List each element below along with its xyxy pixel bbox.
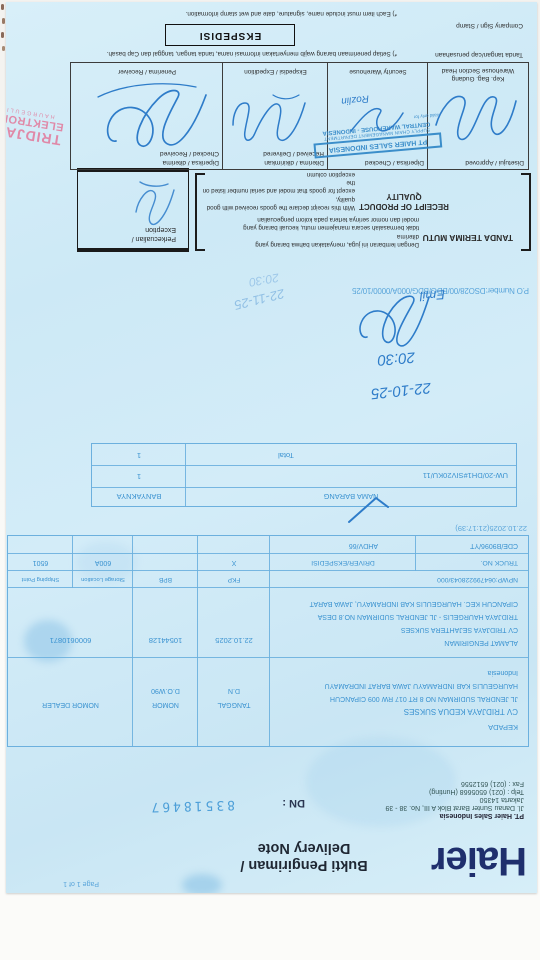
sign-col1-bottom-line2: Warehouse Section Head <box>428 66 528 74</box>
sign-col3-top-line1: Diterima / dikirimkan <box>263 158 324 167</box>
left-bracket <box>521 173 531 251</box>
recipient-name: CV TRIDJAYA KEDUA SUKSES <box>404 707 518 716</box>
exception-box: Perkecualian / Exception <box>77 168 189 252</box>
company-address-line: Telp : (021) 6505668 (Hunting) <box>304 787 524 795</box>
quality-en-title-line1: RECEIPT OF PRODUCT <box>359 201 449 211</box>
sign-col1-bottom-line1: Kep. Bag. Gudang <box>428 74 528 82</box>
nomor-value: 10544128 <box>133 636 198 645</box>
shipping-address-line1: CV TRIDJAYA SEJAHTERA SUKSES <box>401 626 518 633</box>
fkp-value: X <box>198 559 270 566</box>
dn-number-stamp: 83518467 <box>148 797 235 814</box>
shipping-point-value: 6501 <box>8 559 73 566</box>
shipping-address-label: ALAMAT PENGIRIMAN <box>444 639 518 646</box>
sign-col1-bottom-label: Kep. Bag. Gudang Warehouse Section Head <box>428 66 528 82</box>
document-title: Bukti Pengiriman / Delivery Note <box>219 839 389 873</box>
ekspedisi-box: EKSPEDISI <box>165 24 295 46</box>
handwritten-name: Emil <box>419 287 445 304</box>
goods-total-qty: 1 <box>92 451 186 460</box>
footer-sign-label-id: Tanda tangan/cap perusahaan <box>435 51 523 58</box>
delivery-note-document: Haier Page 1 of 1 PT. Haier Sales Indone… <box>6 2 537 893</box>
signature-approved <box>430 83 522 151</box>
tanggal-subheader: D.N <box>198 687 270 694</box>
ghost-handwritten-date: 22-11-25 <box>233 286 286 313</box>
driver-header: DRIVER/EKSPEDISI <box>270 559 416 566</box>
sign-col4-bottom-label: Penerima / Receiver <box>71 68 223 75</box>
kepada-label: KEPADA <box>488 723 518 732</box>
ekspedisi-box-label: EKSPEDISI <box>199 30 261 41</box>
quality-id-line: tidak bermasalah secara manajemen mutu, … <box>241 223 419 231</box>
tanggal-header: TANGGAL <box>198 701 270 708</box>
footer-note-id: *) Setiap penerimaan barang wajib menyer… <box>7 50 397 57</box>
page-indicator: Page 1 of 1 <box>63 880 99 887</box>
recipient-address1: JL JENDRAL SUDIRMAN NO 8 RT 017 RW 009 C… <box>330 695 518 702</box>
company-address-line: Jl. Danau Sunter Barat Blok A III, No. 3… <box>304 803 524 811</box>
quality-en-text: With this receipt declare the goods rece… <box>193 170 355 211</box>
shipping-address-line3: CIPANCUH KEC. HAURGEULIS KAB INDRAMAYU, … <box>310 600 518 607</box>
quality-en-line: exception column <box>193 170 355 178</box>
print-timestamp: 22.10.2025(21:17:39) <box>455 524 527 533</box>
company-address-block: PT. Haier Sales Indonesia Jl. Danau Sunt… <box>304 779 524 819</box>
nomor-subheader: D.O.W90 <box>133 687 198 694</box>
quality-id-line: Dengan lembaran ini juga, menyatakan bah… <box>241 231 419 248</box>
company-name: PT. Haier Sales Indonesia <box>304 811 524 819</box>
goods-col-qty-header: BANYAKNYA <box>92 492 186 501</box>
right-bracket <box>195 173 205 251</box>
storage-location-value: 600A <box>73 559 133 566</box>
dealer-value: 6000610871 <box>8 636 133 645</box>
shipping-address-line2: TRIDJAYA HAURGELIS - JL JENDRAL SUDIRMAN… <box>318 613 518 620</box>
sign-col3-bottom-label: Ekspedisi / Expedition <box>223 68 328 75</box>
sign-col2-top-label: Diperiksa / Checked <box>365 159 424 166</box>
quality-id-title: TANDA TERIMA MUTU <box>413 233 513 243</box>
goods-row-qty: 1 <box>92 472 186 481</box>
signature-expedition <box>228 91 313 155</box>
recipient-address2: HAURGEULIS KAB INDRAMAYU JAWA BARAT INDR… <box>325 682 518 689</box>
quality-en-title-line2: QUALITY <box>359 191 449 201</box>
quality-en-line: except for goods that model and serial n… <box>193 178 355 195</box>
fkp-header: FKP <box>198 576 270 583</box>
recipient-shipping-table: KEPADA CV TRIDJAYA KEDUA SUKSES JL JENDR… <box>7 535 529 747</box>
footer-sign-label-en: Company Sign / Stamp <box>456 22 523 29</box>
footer-note-en: *) Each item must include name, signatur… <box>37 10 397 17</box>
npwp-value: NPWP:064799228043/000 <box>437 576 518 583</box>
dn-label: DN : <box>282 797 305 809</box>
signature-receiver <box>86 77 216 161</box>
company-address-line: Jakarta 14350 <box>304 795 524 803</box>
shipping-point-header: Shipping Point <box>8 576 73 582</box>
dealer-header: NOMOR DEALER <box>8 701 133 708</box>
handwritten-checkmark <box>345 495 391 525</box>
perforation-marks <box>1 4 5 64</box>
storage-location-header: Storage Location <box>73 576 133 582</box>
scan-viewport: Haier Page 1 of 1 PT. Haier Sales Indone… <box>0 0 540 960</box>
bpb-header: BPB <box>133 576 198 583</box>
company-address-line: Fax : (021) 6512556 <box>304 779 524 787</box>
goods-total-label: Total <box>226 451 346 460</box>
goods-row-item: UW-20/DH1#SIV20KU/11 <box>423 471 508 480</box>
signature-checked <box>347 105 407 141</box>
sign-col1-top-label: Disetujui / Approved <box>465 159 524 166</box>
quality-en-title: RECEIPT OF PRODUCT QUALITY <box>359 191 449 211</box>
goods-table: NAMA BARANG BANYAKNYA UW-20/DH1#SIV20KU/… <box>91 443 517 507</box>
sign-col2-bottom-label: Security Warehouse <box>328 68 428 75</box>
signature-table: Disetujui / Approved Diperiksa / Checked… <box>70 62 529 170</box>
quality-id-text: Dengan lembaran ini juga, menyatakan bah… <box>241 215 419 248</box>
truck-no-header: TRUCK NO. <box>481 559 518 566</box>
document-title-line1: Bukti Pengiriman / <box>219 856 389 873</box>
quality-id-line: model dan nomor serinya tertera pada kol… <box>241 215 419 223</box>
tanggal-value: 22.10.2025 <box>198 636 270 645</box>
exception-scribble <box>129 178 184 238</box>
nomor-header: NOMOR <box>133 701 198 708</box>
quality-en-line: With this receipt declare the goods rece… <box>193 194 355 211</box>
document-paper: Haier Page 1 of 1 PT. Haier Sales Indone… <box>6 2 537 893</box>
driver-value: AHDV/66 <box>349 542 378 549</box>
handwritten-date: 22-10-25 <box>370 379 431 402</box>
document-title-line2: Delivery Note <box>219 839 389 856</box>
haier-logo: Haier <box>432 838 527 883</box>
truck-no-value: CDE/B9096/YT <box>470 542 518 549</box>
recipient-address3: Indonesia <box>488 669 518 676</box>
